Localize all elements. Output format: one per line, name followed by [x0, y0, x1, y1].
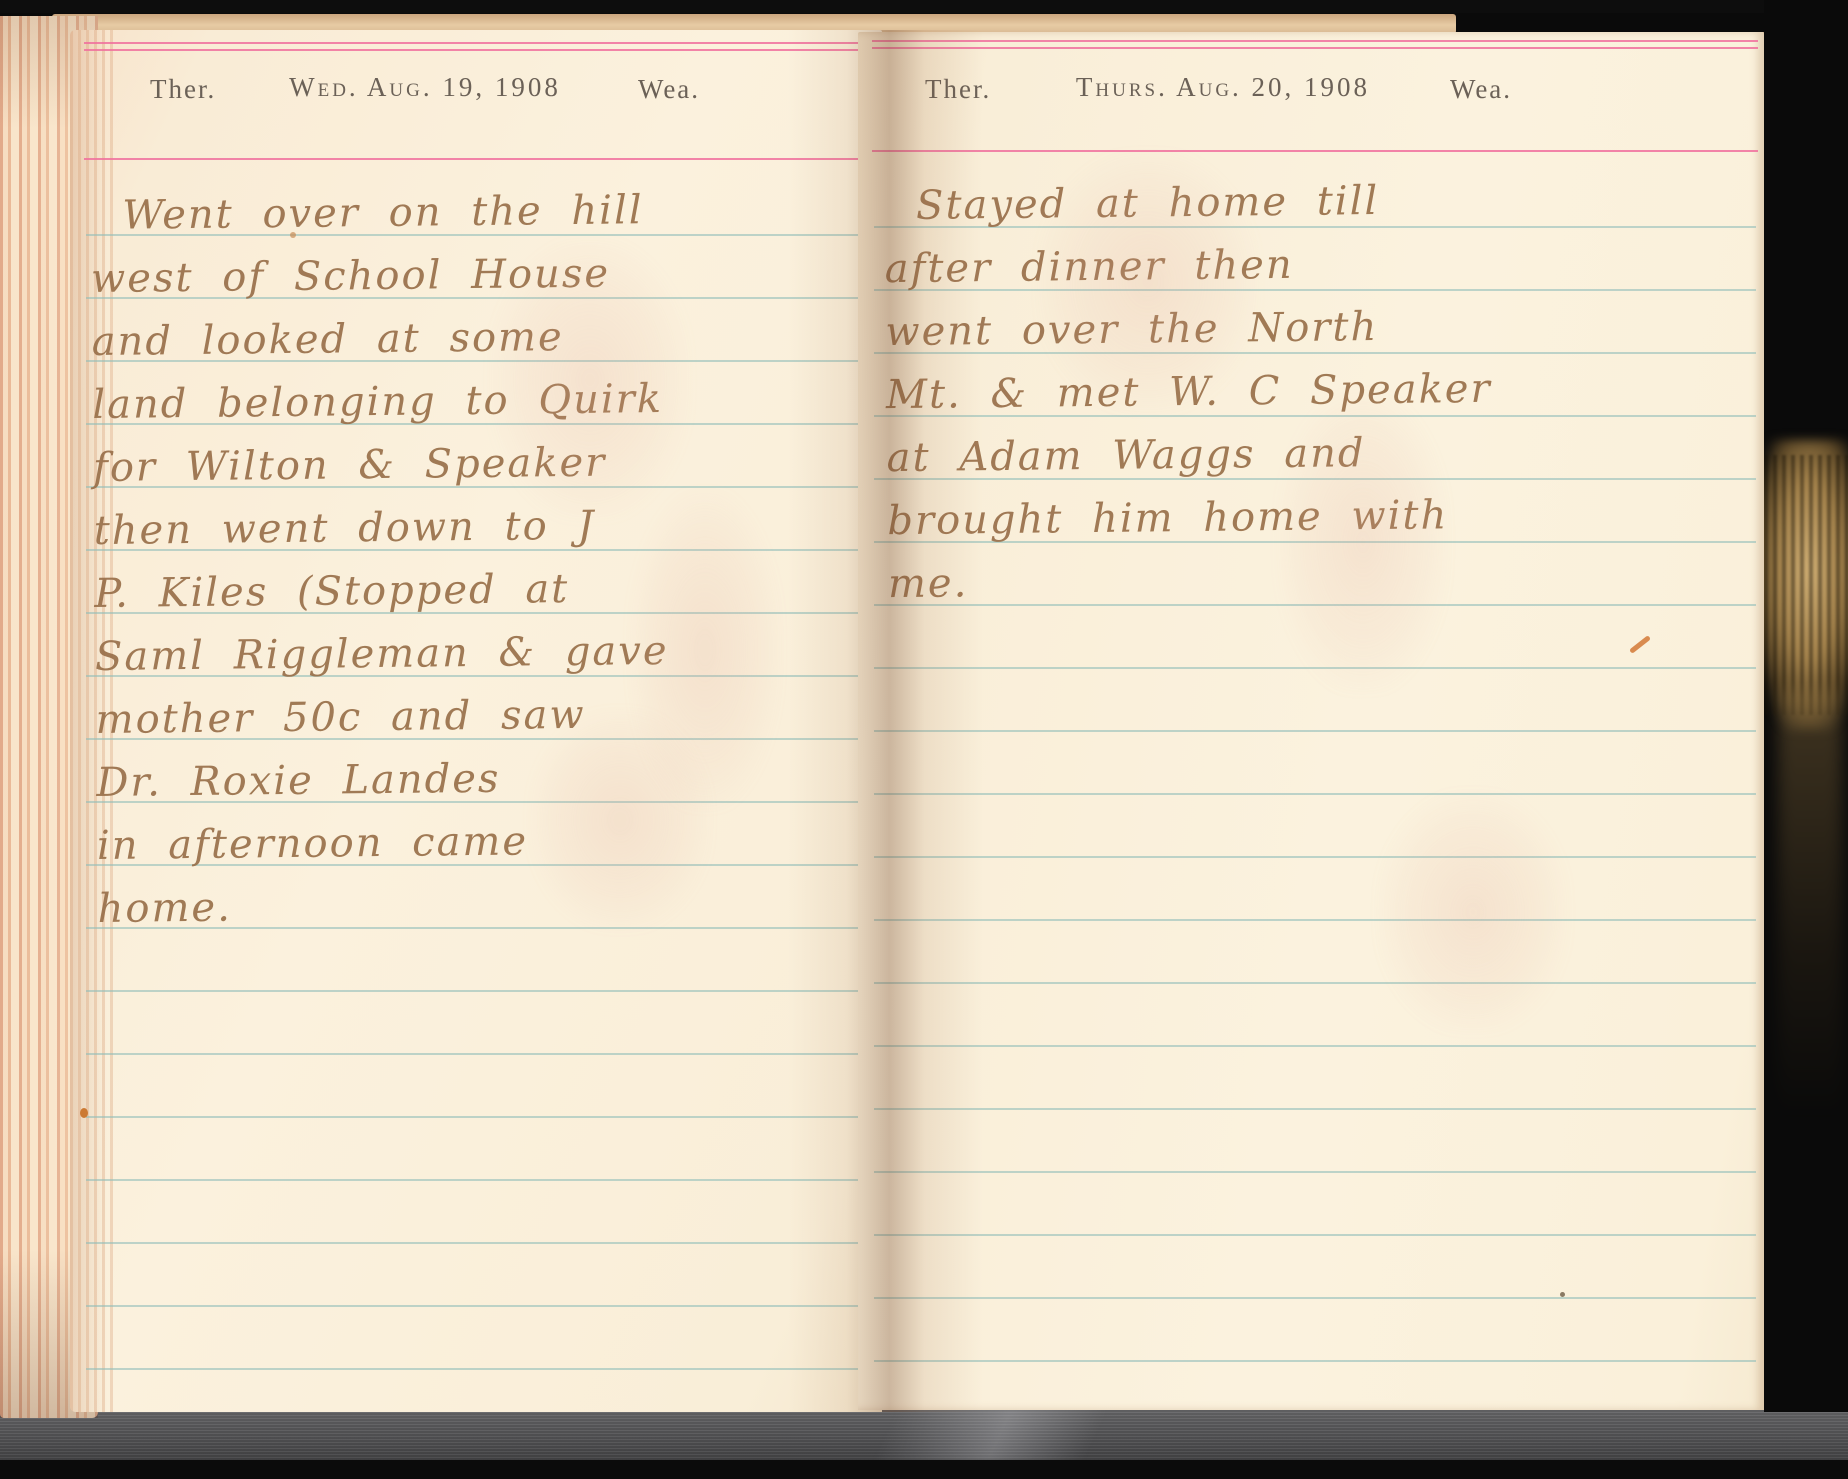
entry-line: brought him home with	[887, 484, 1493, 553]
pink-rule-top-2	[84, 49, 876, 51]
entry-line: then went down to J	[93, 494, 667, 563]
ther-label-left: Ther.	[150, 74, 216, 114]
brass-clasp-ribs	[1764, 455, 1848, 715]
date-heading-left: Wed. Aug. 19, 1908	[270, 72, 580, 112]
entry-line: Mt. & met W. C Speaker	[886, 358, 1492, 427]
entry-line: for Wilton & Speaker	[93, 431, 667, 500]
entry-line: after dinner then	[884, 232, 1490, 301]
pink-rule-header-right	[872, 150, 1758, 152]
pink-rule-top-2	[872, 47, 1758, 49]
entry-line: west of School House	[91, 242, 665, 311]
entry-line: Saml Riggleman & gave	[95, 620, 669, 689]
diary-page-left: Ther. Wed. Aug. 19, 1908 Wea. Went over …	[70, 30, 882, 1412]
ther-label-right: Ther.	[925, 74, 991, 114]
pink-rule-top-1	[84, 42, 876, 44]
brass-clasp-reflection	[1778, 690, 1842, 1120]
scanner-sheen	[820, 1408, 1180, 1462]
entry-line: in afternoon came	[97, 809, 671, 878]
entry-line: home.	[97, 872, 671, 941]
entry-line: me.	[888, 547, 1494, 616]
handwritten-entry-right: Stayed at home tillafter dinner thenwent…	[884, 169, 1494, 616]
paper-speck	[290, 232, 296, 238]
entry-line: Stayed at home till	[884, 169, 1490, 238]
diary-page-right: Ther. Thurs. Aug. 20, 1908 Wea. Stayed a…	[858, 32, 1767, 1410]
pink-rule-top-1	[872, 40, 1758, 42]
wea-label-left: Wea.	[638, 74, 700, 114]
scanner-bottom-black	[0, 1460, 1848, 1479]
paper-speck	[80, 1108, 88, 1118]
entry-line: Went over on the hill	[90, 179, 664, 248]
diary-scan: Ther. Wed. Aug. 19, 1908 Wea. Went over …	[0, 0, 1848, 1479]
scanner-top-strip	[0, 0, 1848, 13]
scanner-right-panel	[1764, 0, 1848, 1412]
wea-label-right: Wea.	[1450, 74, 1512, 114]
entry-line: P. Kiles (Stopped at	[94, 557, 668, 626]
entry-line: at Adam Waggs and	[886, 421, 1492, 490]
entry-line: went over the North	[885, 295, 1491, 364]
handwritten-entry-left: Went over on the hillwest of School Hous…	[90, 179, 671, 941]
entry-line: and looked at some	[91, 305, 665, 374]
paper-speck	[1560, 1292, 1565, 1297]
entry-line: land belonging to Quirk	[92, 368, 666, 437]
date-heading-right: Thurs. Aug. 20, 1908	[1058, 72, 1388, 112]
pink-rule-header-left	[84, 158, 876, 160]
entry-line: mother 50c and saw	[95, 683, 669, 752]
entry-line: Dr. Roxie Landes	[96, 746, 670, 815]
